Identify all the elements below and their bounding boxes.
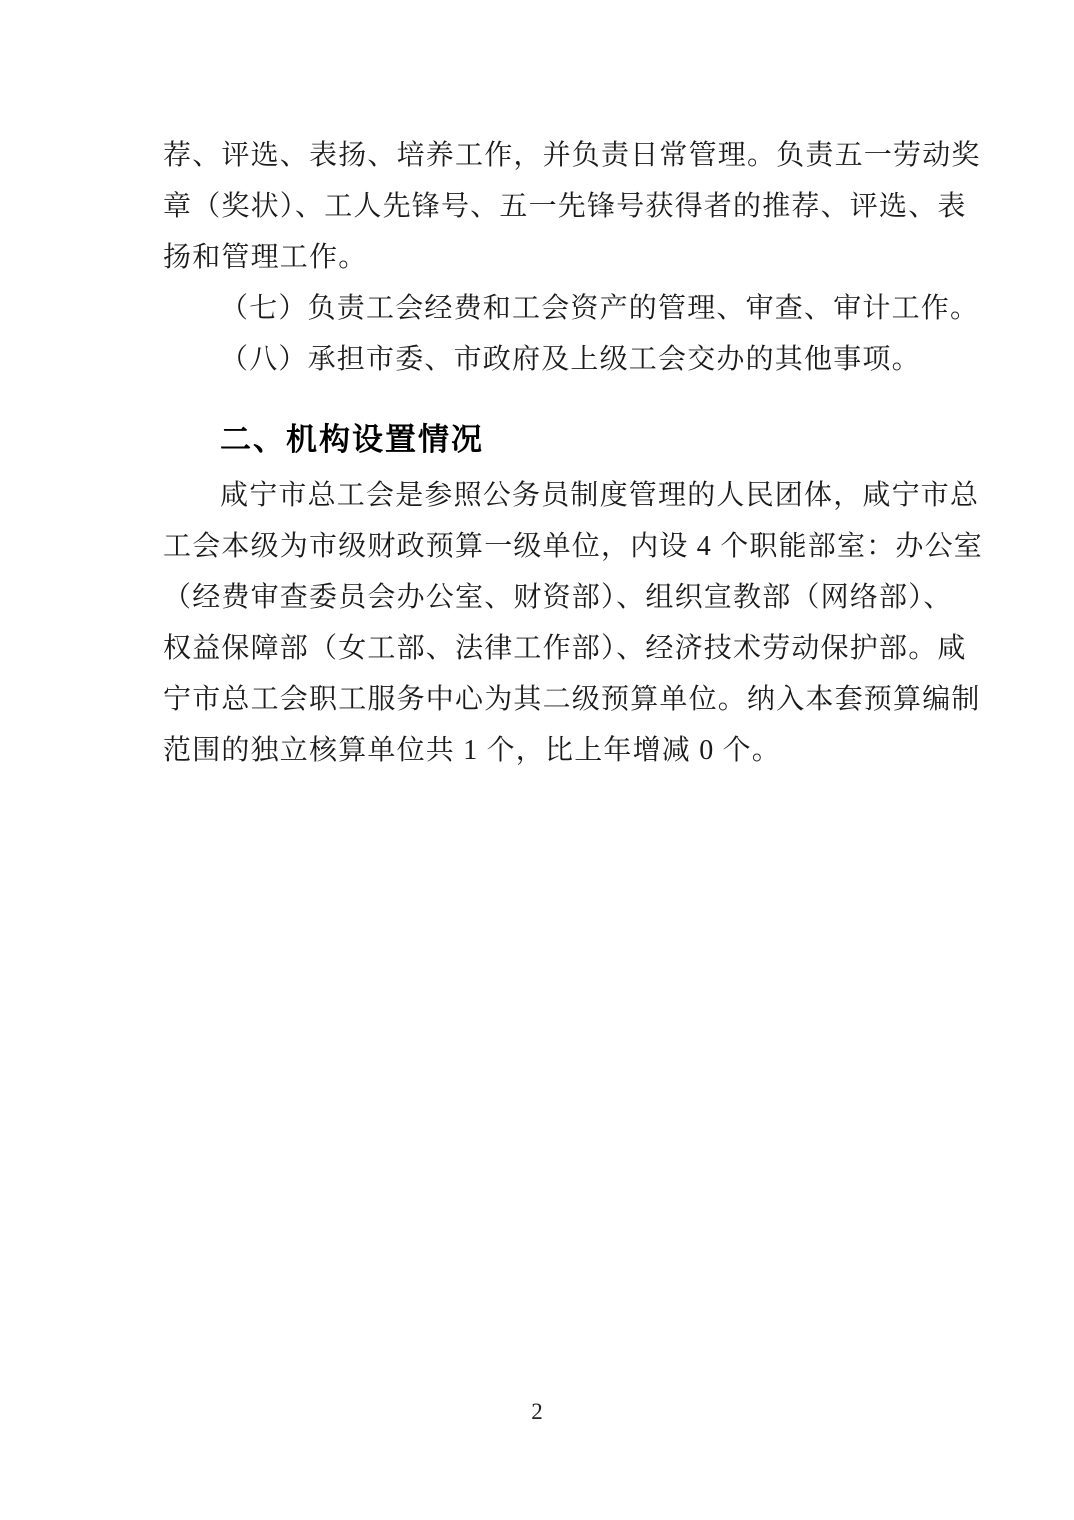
paragraph-line: （经费审查委员会办公室、财资部）、组织宣教部（网络部）、	[163, 572, 941, 623]
paragraph-line: 宁市总工会职工服务中心为其二级预算单位。纳入本套预算编制	[163, 674, 941, 725]
document-page: 荐、评选、表扬、培养工作，并负责日常管理。负责五一劳动奖 章（奖状）、工人先锋号…	[0, 0, 1074, 1520]
paragraph-line: 权益保障部（女工部、法律工作部）、经济技术劳动保护部。咸	[163, 623, 941, 674]
section-paragraph: 咸宁市总工会是参照公务员制度管理的人民团体，咸宁市总 工会本级为市级财政预算一级…	[163, 470, 941, 776]
paragraph-line: 章（奖状）、工人先锋号、五一先锋号获得者的推荐、评选、表	[163, 181, 941, 232]
duty-list: （七）负责工会经费和工会资产的管理、审查、审计工作。 （八）承担市委、市政府及上…	[163, 283, 941, 385]
paragraph-line: 范围的独立核算单位共 1 个，比上年增减 0 个。	[163, 725, 941, 776]
section-heading: 二、机构设置情况	[163, 410, 941, 470]
paragraph-line: 工会本级为市级财政预算一级单位，内设 4 个职能部室：办公室	[163, 521, 941, 572]
page-number: 2	[0, 1397, 1074, 1427]
paragraph-line: 咸宁市总工会是参照公务员制度管理的人民团体，咸宁市总	[163, 470, 941, 521]
document-body: 荐、评选、表扬、培养工作，并负责日常管理。负责五一劳动奖 章（奖状）、工人先锋号…	[163, 130, 941, 776]
paragraph-line: 扬和管理工作。	[163, 232, 941, 283]
paragraph-line: 荐、评选、表扬、培养工作，并负责日常管理。负责五一劳动奖	[163, 130, 941, 181]
continuation-paragraph: 荐、评选、表扬、培养工作，并负责日常管理。负责五一劳动奖 章（奖状）、工人先锋号…	[163, 130, 941, 283]
list-item-seven: （七）负责工会经费和工会资产的管理、审查、审计工作。	[163, 283, 941, 334]
list-item-eight: （八）承担市委、市政府及上级工会交办的其他事项。	[163, 334, 941, 385]
